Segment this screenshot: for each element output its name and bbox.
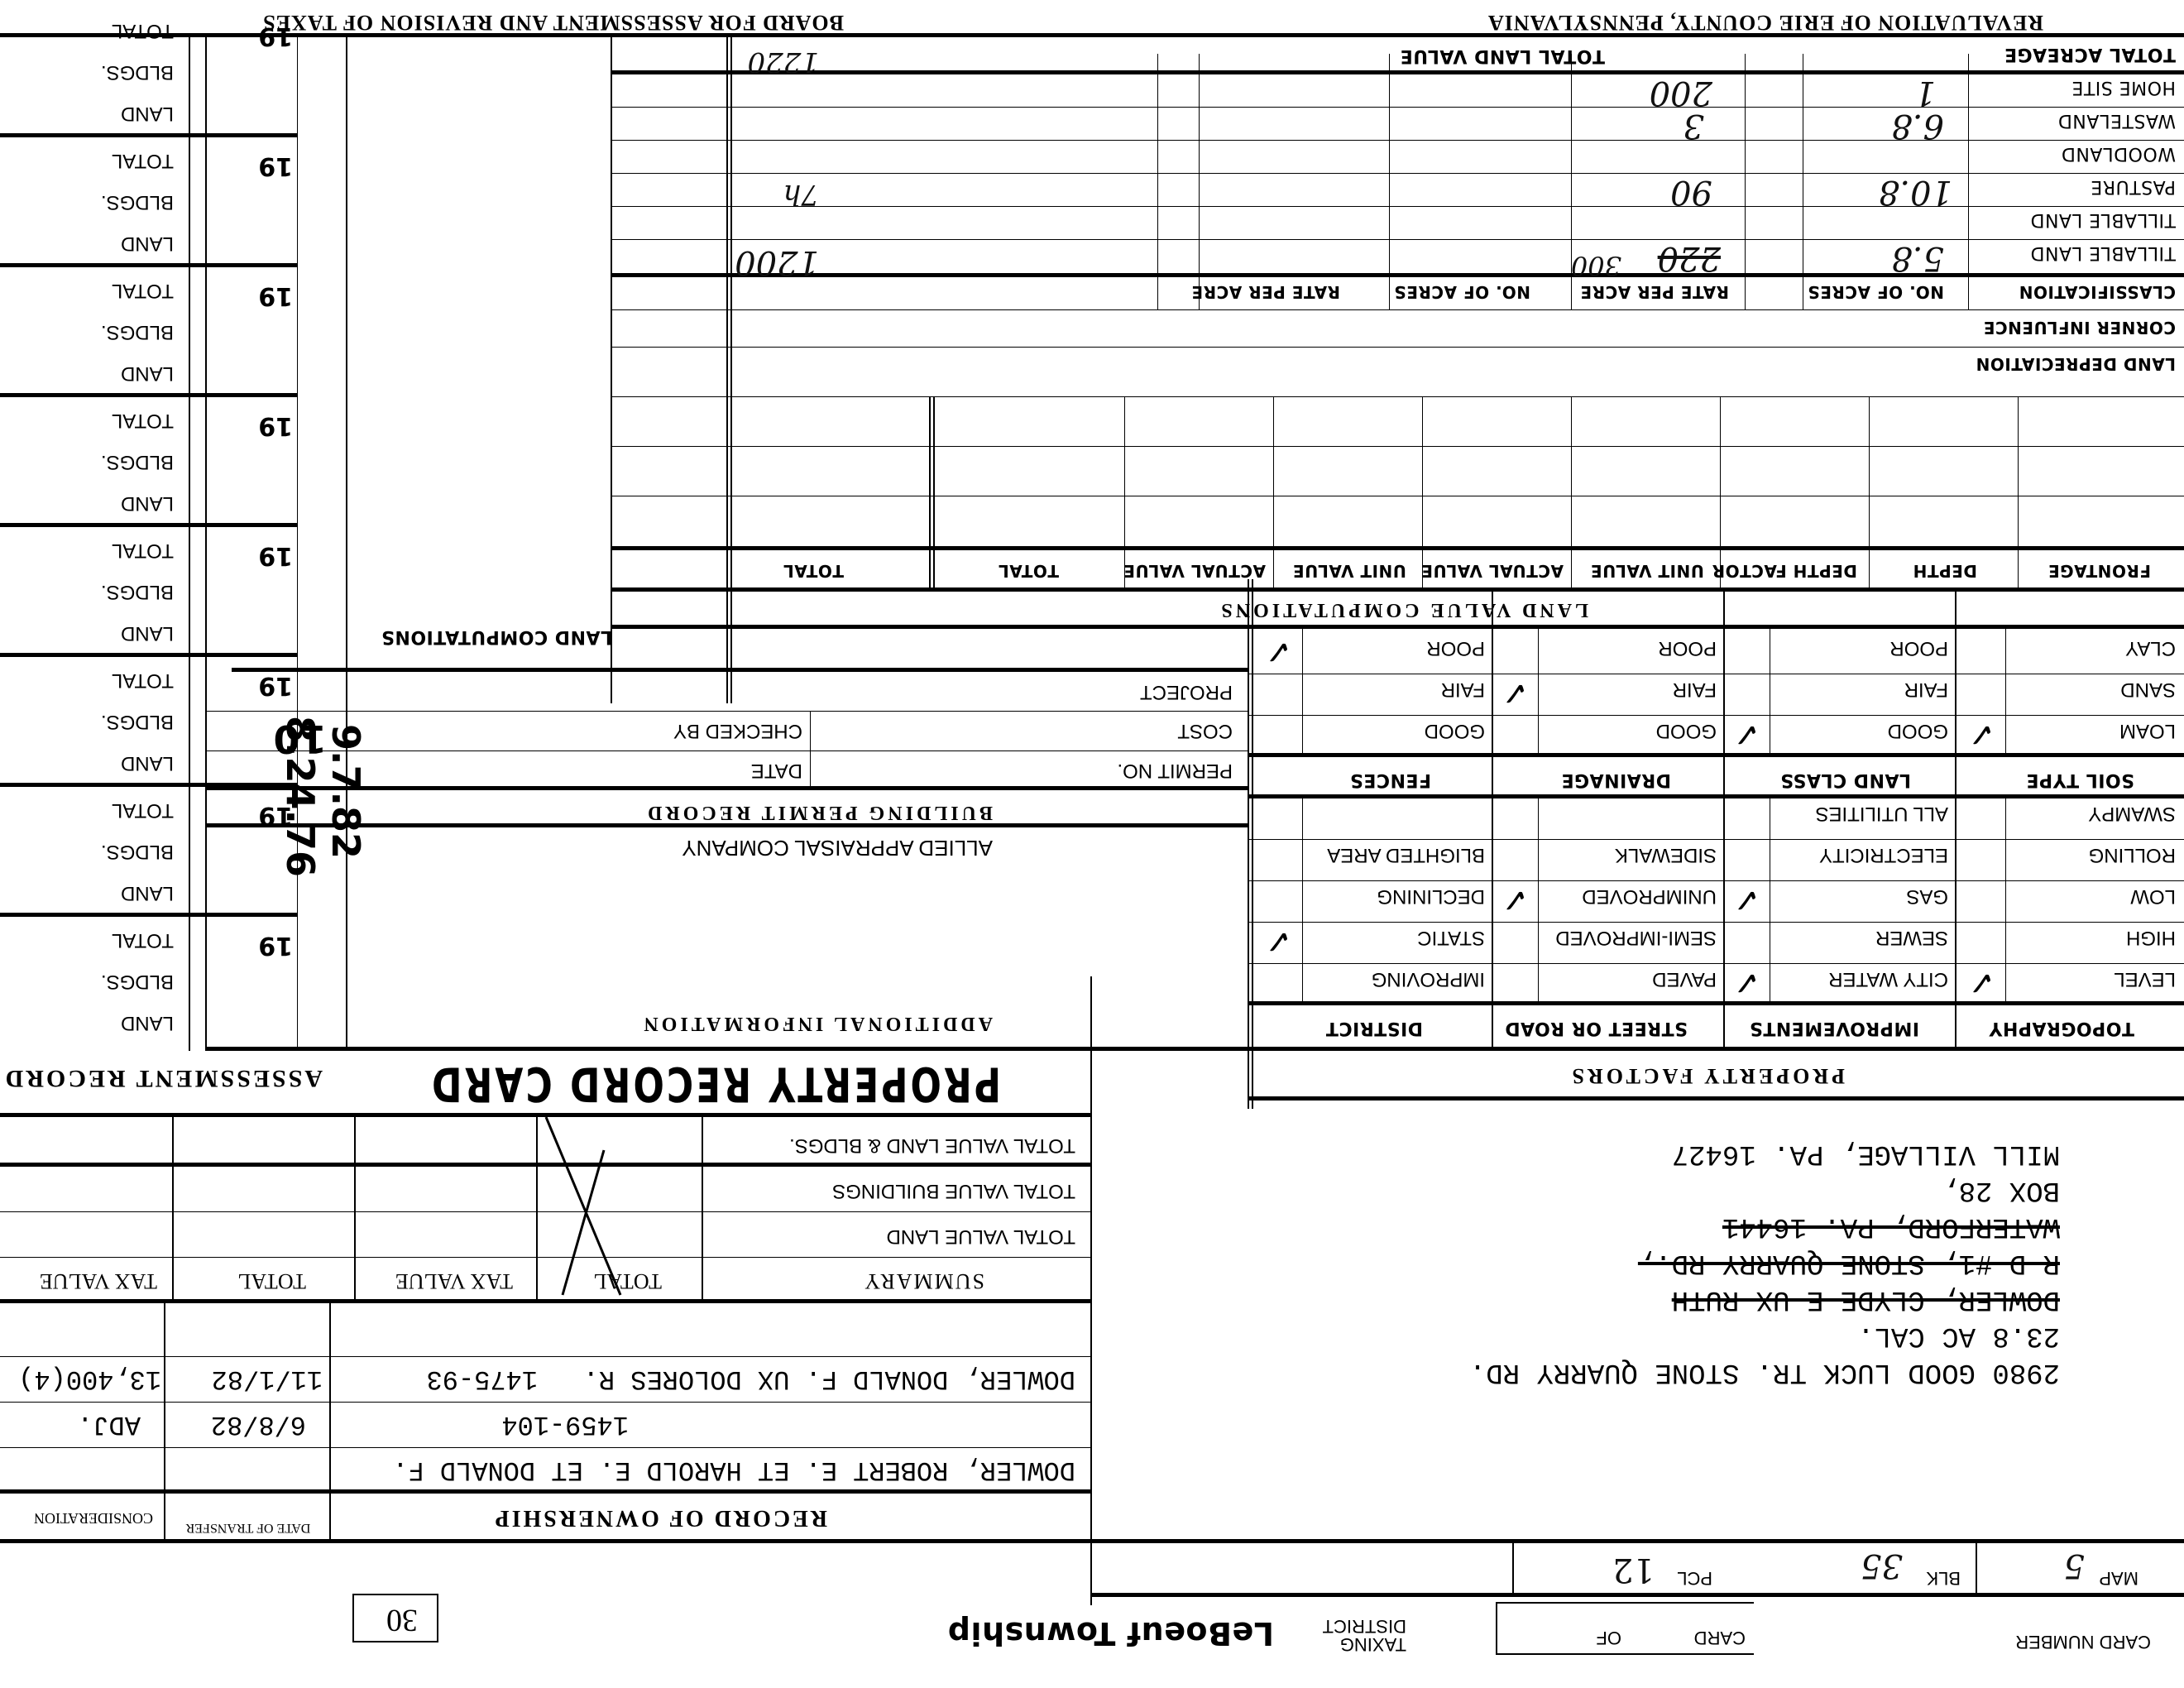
drainage-list: GOOD FAIR POOR — [1656, 627, 1717, 751]
land-value-title: LAND VALUE COMPUTATIONS — [1218, 598, 1588, 621]
address-line: 2980 GOOD LUCK TR. STONE QUARRY RD. — [1469, 1354, 2060, 1390]
rate-header-2: RATE PER ACRE — [1191, 282, 1340, 302]
date-row-3: 11/1/82 — [212, 1364, 323, 1394]
pasture-rate: 90 — [1670, 173, 1712, 211]
blk-label: BLK — [1926, 1567, 1961, 1589]
classification-header: CLASSIFICATION — [2019, 282, 2176, 302]
acres-header-2: NO. OF ACRES — [1394, 282, 1530, 302]
land-computations-label: LAND COMPUTATIONS — [381, 626, 612, 647]
tillable-value: 1200 — [735, 243, 819, 281]
lv-col-total-2: TOTAL — [783, 561, 844, 581]
improvements-list: CITY WATER SEWER GAS ELECTRICITY ALL UTI… — [1816, 793, 1949, 1000]
property-record-card-title: PROPERTY RECORD CARD — [429, 1056, 1001, 1110]
address-line-struck: DOWLER, CLYDE E UX RUTH — [1469, 1281, 2060, 1317]
map-label: MAP — [2099, 1567, 2138, 1589]
pcl-label: PCL — [1677, 1567, 1712, 1589]
ownership-title: RECORD OF OWNERSHIP — [493, 1504, 827, 1531]
assessment-block: 19 LAND BLDGS. TOTAL — [0, 783, 298, 913]
assessment-record-title: ASSESSMENT RECORD — [3, 1064, 323, 1092]
homesite-rate: 200 — [1650, 74, 1712, 112]
cross-out-mark — [538, 1109, 629, 1299]
owner-row-1: DOWLER, ROBERT E. ET HAROLD E. ET DONALD… — [392, 1455, 1075, 1485]
consideration-row-2: ADJ. — [77, 1409, 141, 1440]
summary-row-land: TOTAL VALUE LAND — [886, 1225, 1075, 1248]
summary-title: SUMMARY — [863, 1268, 984, 1293]
assessment-block: 19 LAND BLDGS. TOTAL — [0, 263, 298, 393]
pasture-acres: 10.8 — [1879, 173, 1952, 211]
lv-col-total: TOTAL — [999, 561, 1059, 581]
summary-row-land-bldgs: TOTAL VALUE LAND & BLDGS. — [789, 1134, 1075, 1157]
lv-col-depth: DEPTH — [1913, 561, 1977, 581]
lv-col-frontage: FRONTAGE — [2048, 561, 2151, 581]
consideration-row-3: 13,400(4) — [18, 1364, 161, 1394]
assessment-block: 19 LAND BLDGS. TOTAL — [0, 523, 298, 653]
address-line: BOX 28, — [1469, 1172, 2060, 1208]
assessment-block: 19 LAND BLDGS. TOTAL — [0, 653, 298, 783]
lv-col-depth-factor: DEPTH FACTOR — [1712, 561, 1857, 581]
date-stamp-1982: 9.7.82 — [323, 724, 368, 859]
card-label: CARD — [1694, 1627, 1746, 1648]
taxing-district-label: TAXING DISTRICT — [1324, 1617, 1406, 1653]
assessment-block: 19 LAND BLDGS. TOTAL — [0, 913, 298, 1043]
deed-row-3: 1475-93 — [427, 1364, 538, 1394]
lv-col-unit-value: UNIT VALUE — [1590, 561, 1704, 581]
corner-influence-label: CORNER INFLUENCE — [1983, 318, 2176, 338]
project-label: PROJECT — [1140, 680, 1233, 703]
pf-header-land-class: LAND CLASS — [1780, 770, 1911, 790]
pf-header-topography: TOPOGRAPHY — [1989, 1018, 2134, 1038]
topography-list: LEVEL HIGH LOW ROLLING SWAMPY — [2088, 793, 2176, 1000]
total-land-value: 1220 — [747, 46, 819, 79]
check-level[interactable]: ✓ — [1967, 963, 1995, 1001]
land-depreciation-label: LAND DEPRECIATION — [1976, 354, 2176, 374]
pf-header-improvements: IMPROVEMENTS — [1750, 1018, 1920, 1038]
of-label: OF — [1596, 1627, 1621, 1648]
check-drainage-fair[interactable]: ✓ — [1501, 674, 1529, 712]
lv-col-unit-value-2: UNIT VALUE — [1292, 561, 1406, 581]
district-list: IMPROVING STATIC DECLINING BLIGHTED AREA — [1327, 834, 1485, 1000]
pcl-value: 12 — [1612, 1551, 1655, 1589]
summary-col-total-2: TOTAL — [237, 1268, 306, 1293]
date-row-2: 6/8/82 — [211, 1409, 306, 1440]
property-factors-title: PROPERTY FACTORS — [1569, 1063, 1845, 1088]
pf-header-drainage: DRAINAGE — [1561, 770, 1671, 790]
pasture-value: 7h — [783, 178, 819, 211]
tillable-rate: 220 — [1658, 239, 1721, 277]
street-list: PAVED SEMI-IMPROVED UNIMPROVED SIDEWALK — [1555, 834, 1717, 1000]
assessment-block: 19 LAND BLDGS. TOTAL — [0, 7, 298, 133]
pf-header-street: STREET OR ROAD — [1505, 1018, 1688, 1038]
check-city-water[interactable]: ✓ — [1732, 963, 1760, 1001]
deed-row-2: 1459-104 — [501, 1409, 629, 1440]
lv-col-actual-value: ACTUAL VALUE — [1421, 561, 1564, 581]
permit-no-label: PERMIT NO. — [1117, 759, 1233, 782]
check-unimproved[interactable]: ✓ — [1501, 880, 1529, 918]
owner-row-3: DOWLER, DONALD F. UX DOLORES R. — [583, 1364, 1075, 1394]
ownership-col-consideration: CONSIDERATION — [34, 1509, 153, 1527]
check-loam[interactable]: ✓ — [1967, 715, 1995, 753]
check-land-good[interactable]: ✓ — [1732, 715, 1760, 753]
total-land-value-label: TOTAL LAND VALUE — [1400, 46, 1605, 66]
pf-header-fences: FENCES — [1350, 770, 1432, 790]
appraiser-name: ALLIED APPRAISAL COMPANY — [682, 835, 993, 861]
pf-header-soil: SOIL TYPE — [2026, 770, 2134, 790]
card-number-label: CARD NUMBER — [2015, 1633, 2151, 1651]
tillable-acres: 5.8 — [1891, 239, 1944, 277]
map-value: 5 — [2064, 1547, 2085, 1585]
check-gas[interactable]: ✓ — [1732, 880, 1760, 918]
checked-by-label: CHECKED BY — [673, 719, 802, 742]
acres-header: NO. OF ACRES — [1808, 282, 1944, 302]
assessment-block: 19 LAND BLDGS. TOTAL — [0, 133, 298, 263]
property-record-card: CARD NUMBER CARD OF TAXING DISTRICT LeBo… — [0, 0, 2184, 1688]
building-permit-title: BUILDING PERMIT RECORD — [644, 801, 993, 823]
stamp-mark: 10 — [273, 717, 327, 761]
tillable-alt-rate: 300 — [1571, 250, 1621, 281]
district-code: 30 — [386, 1602, 418, 1638]
permit-date-label: DATE — [751, 759, 802, 782]
address-line: MILL VILLAGE, PA. 16427 — [1469, 1135, 2060, 1172]
soil-list: LOAM SAND CLAY — [2119, 627, 2176, 751]
assessment-blocks: 19 LAND BLDGS. TOTAL 19 LAND BLDGS. TOTA… — [0, 7, 298, 1043]
summary-col-tax-value-2: TAX VALUE — [40, 1268, 157, 1293]
pf-header-district: DISTRICT — [1325, 1018, 1423, 1038]
check-fences-poor[interactable]: ✓ — [1264, 632, 1292, 670]
lv-col-actual-value-2: ACTUAL VALUE — [1123, 561, 1266, 581]
address-block: 2980 GOOD LUCK TR. STONE QUARRY RD. 23.8… — [1469, 1135, 2060, 1390]
cost-label: COST — [1177, 719, 1233, 742]
additional-info-title: ADDITIONAL INFORMATION — [640, 1012, 993, 1034]
address-line: 23.8 AC CAL. — [1469, 1317, 2060, 1354]
summary-row-buildings: TOTAL VALUE BUILDINGS — [832, 1179, 1075, 1202]
assessment-block: 19 LAND BLDGS. TOTAL — [0, 393, 298, 523]
check-static[interactable]: ✓ — [1264, 922, 1292, 960]
land-class-list: GOOD FAIR POOR — [1888, 627, 1948, 751]
wasteland-acres: 6.8 — [1891, 107, 1944, 145]
board-title: BOARD FOR ASSESSMENT AND REVISION OF TAX… — [262, 10, 844, 35]
taxing-district-value: LeBoeuf Township — [947, 1615, 1274, 1652]
fences-list: GOOD FAIR POOR — [1425, 627, 1485, 751]
ownership-col-date: DATE OF TRANSFER — [182, 1520, 314, 1535]
blk-value: 35 — [1861, 1547, 1903, 1585]
summary-col-tax-value: TAX VALUE — [395, 1268, 513, 1293]
rate-header: RATE PER ACRE — [1580, 282, 1729, 302]
address-line-struck: WATERFORD, PA. 16441 — [1469, 1208, 2060, 1244]
county-title: REVALUATION OF ERIE COUNTY, PENNSYLVANIA — [1487, 10, 2043, 35]
address-line-struck: R D #1, STONE QUARRY RD., — [1469, 1244, 2060, 1281]
homesite-acres: 1 — [1915, 74, 1936, 112]
wasteland-rate: 3 — [1683, 107, 1704, 145]
